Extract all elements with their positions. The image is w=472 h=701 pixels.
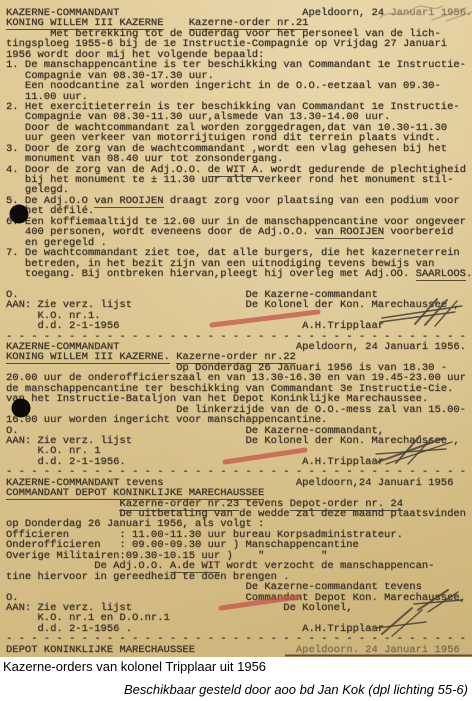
doc-line-62: DEPOT KONINKLIJKE MARECHAUSSEE Apeldoorn… [6, 645, 472, 655]
footer-org: DEPOT KONINKLIJKE MARECHAUSSEE [6, 644, 195, 656]
name-saarloos: SAARLOOS [416, 268, 466, 281]
text-segment [132, 299, 245, 311]
text-segment: voorbereid [384, 226, 453, 238]
caption-text: Kazerne-orders van kolonel Tripplaar uit… [3, 659, 266, 674]
text-segment: draagt zorg voor plaatsing van een podiu… [164, 195, 460, 207]
doc-line-17: bij het monument te ± 11.30 uur alle ver… [6, 175, 472, 185]
footer-date: Apeldoorn. 24 Januari 1956 [296, 644, 460, 656]
text-segment: toegang. Bij ontbreken hiervan,pleegt hi… [6, 268, 416, 280]
name-van-rooijen: van ROOIJEN [315, 226, 384, 239]
order23-date: Apeldoorn,24 Januari 1956 [296, 477, 454, 489]
doc-line-26: toegang. Bij ontbreken hiervan,pleegt hi… [6, 269, 472, 279]
name-van-rooijen: van ROOIJEN [94, 195, 163, 208]
text-segment [132, 435, 245, 447]
credit-text: Beschikbaar gesteld door aoo bd Jan Kok … [124, 682, 468, 697]
scanned-document: KAZERNE-COMMANDANT Apeldoorn, 24 Januari… [0, 0, 472, 657]
text-segment: bij het monument te ± 11.30 uur alle ver… [6, 174, 453, 186]
order23-signoff-rank: De Kolonel, [283, 602, 352, 614]
order22-signoff-rank: De Kolonel der Kon. Marechaussee , [245, 435, 459, 447]
text-segment: . [466, 268, 472, 280]
order22-date: Apeldoorn, 24 Januari 1956. [296, 341, 466, 353]
order21-signoff-rank: De Kolonel der Kon. Marechaussee , [245, 299, 459, 311]
typewritten-text: KAZERNE-COMMANDANT Apeldoorn, 24 Januari… [6, 8, 472, 655]
order21-date: Apeldoorn, 24 [302, 7, 390, 19]
caption-area: Kazerne-orders van kolonel Tripplaar uit… [0, 657, 472, 701]
order21-date-faded: Januari 1956. [390, 7, 472, 19]
text-segment [195, 644, 296, 656]
